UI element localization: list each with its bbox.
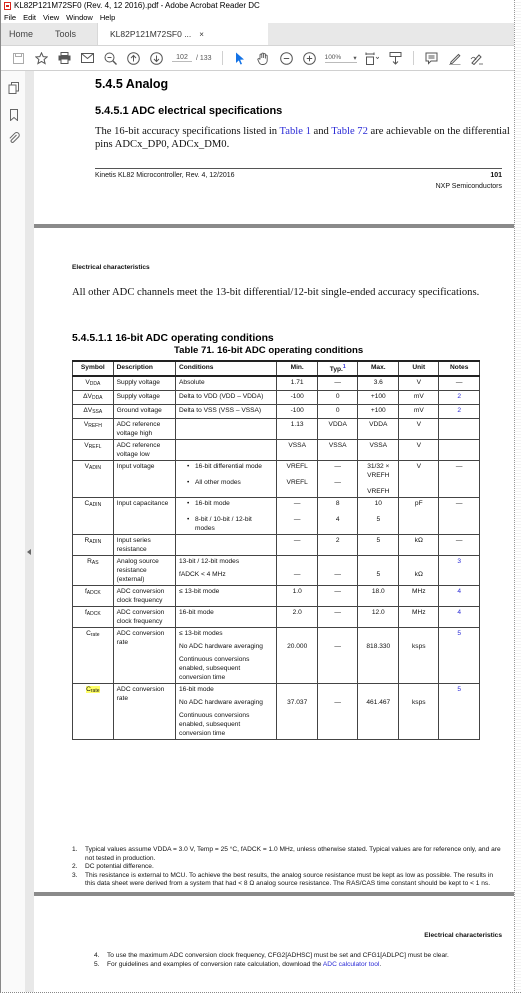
symbol: Crate	[86, 630, 99, 637]
cell-min: —	[277, 556, 318, 586]
hand-tool-button[interactable]	[252, 48, 275, 68]
cell-description: Ground voltage	[113, 405, 175, 419]
cell-typ-value: —	[321, 378, 354, 387]
cell-typ: —	[317, 586, 357, 607]
cell-symbol: VDDA	[73, 376, 114, 391]
cell-symbol: fADCK	[73, 607, 114, 628]
cell-max-value: VDDA	[361, 420, 395, 429]
table-row: RADINInput series resistance—25kΩ—	[73, 535, 480, 556]
symbol-subscript: AS	[92, 560, 99, 566]
page-101: 5.4.5 Analog 5.4.5.1 ADC electrical spec…	[34, 71, 515, 177]
cell-min-value: 1.13	[280, 420, 314, 429]
condition-line: ≤ 13-bit mode	[179, 587, 273, 596]
page-102: Electrical characteristics All other ADC…	[34, 228, 515, 958]
cell-typ: —	[317, 607, 357, 628]
cell-max: 5	[358, 556, 399, 586]
adc-calculator-tool-link[interactable]: ADC calculator tool	[323, 961, 379, 968]
cell-symbol: RADIN	[73, 535, 114, 556]
cell-min: 20.000	[277, 628, 318, 684]
attachments-paperclip-icon[interactable]	[8, 132, 20, 144]
plus-circle-icon	[303, 52, 316, 65]
cell-min-value: 2.0	[280, 608, 314, 617]
cell-typ: VDDA	[317, 419, 357, 440]
cell-notes: 4	[439, 586, 480, 607]
cell-description: ADC conversion clock frequency	[113, 607, 175, 628]
symbol-subscript: ADIN	[89, 502, 101, 508]
cell-description: Supply voltage	[113, 391, 175, 405]
select-tool-button[interactable]	[229, 48, 252, 68]
cell-unit: mV	[399, 405, 439, 419]
cell-typ-value: —	[321, 478, 354, 487]
symbol-subscript: REFH	[88, 423, 102, 429]
condition-line: Delta to VDD (VDD – VDDA)	[179, 392, 273, 401]
cell-typ-value: —	[321, 587, 354, 596]
cell-min-value: VREFL	[280, 462, 314, 471]
zoom-out-button[interactable]	[275, 48, 298, 68]
subsubsection-heading: 5.4.5.1.1 16-bit ADC operating condition…	[72, 333, 274, 344]
cell-max-value: 12.0	[361, 608, 395, 617]
zoom-in-button[interactable]	[298, 48, 321, 68]
footnote-text: DC potential difference.	[85, 863, 154, 870]
cell-min-value: —	[280, 499, 314, 508]
menu-view[interactable]: View	[43, 13, 59, 22]
cell-typ-value: 4	[321, 515, 354, 524]
cell-typ: —	[317, 376, 357, 391]
cell-min: 1.71	[277, 376, 318, 391]
cell-min: -100	[277, 405, 318, 419]
footnote-number: 1.	[72, 846, 85, 855]
cell-min-value: —	[280, 515, 314, 524]
symbol-subscript: rate	[91, 688, 100, 694]
torn-edge-right	[514, 0, 521, 999]
table-header-row: Symbol Description Conditions Min. Typ.1…	[73, 361, 480, 376]
cell-max-value: 818.330	[361, 642, 395, 651]
table-row: RASAnalog source resistance (external)13…	[73, 556, 480, 586]
cell-unit: V	[399, 419, 439, 440]
torn-edge-bottom	[0, 992, 521, 999]
cell-typ: —	[317, 684, 357, 740]
cell-max: 461.467	[358, 684, 399, 740]
cell-max: VDDA	[358, 419, 399, 440]
cell-min: 37.037	[277, 684, 318, 740]
cell-unit: MHz	[399, 607, 439, 628]
page-fit-button[interactable]	[361, 48, 384, 68]
cell-symbol: Crate	[73, 628, 114, 684]
cell-max-value: 3.6	[361, 378, 395, 387]
cell-typ-value: 0	[321, 392, 354, 401]
collapse-arrow-icon	[27, 549, 31, 555]
cell-unit: ksps	[399, 628, 439, 684]
table-row: VDDASupply voltageAbsolute1.71—3.6V—	[73, 376, 480, 391]
cell-min: -100	[277, 391, 318, 405]
cell-typ-value: —	[321, 462, 354, 471]
cell-typ-value: VDDA	[321, 420, 354, 429]
cell-typ-value: —	[321, 570, 354, 579]
cell-conditions: Absolute	[176, 376, 277, 391]
cell-typ-value: —	[321, 698, 354, 707]
cell-typ-value: VSSA	[321, 441, 354, 450]
cell-unit: V	[399, 461, 439, 498]
body-paragraph: All other ADC channels meet the 13-bit d…	[72, 286, 502, 299]
cell-notes: —	[439, 461, 480, 498]
pane-collapse-handle[interactable]	[25, 71, 34, 993]
comment-button[interactable]	[420, 48, 443, 68]
symbol: VREFL	[84, 442, 101, 449]
cell-notes: 2	[439, 391, 480, 405]
cell-description: ADC conversion clock frequency	[113, 586, 175, 607]
page-total: / 133	[196, 55, 212, 62]
cell-min-value: VREFL	[280, 478, 314, 487]
table-row: VREFHADC reference voltage high1.13VDDAV…	[73, 419, 480, 440]
cell-description: Supply voltage	[113, 376, 175, 391]
cell-max-value: +100	[361, 392, 395, 401]
note-link[interactable]: 3	[457, 558, 461, 565]
col-max: Max.	[358, 361, 399, 376]
symbol: fADCK	[85, 588, 101, 595]
cell-conditions: 13-bit / 12-bit modesfADCK < 4 MHz	[176, 556, 277, 586]
cell-max: 818.330	[358, 628, 399, 684]
table-row: CrateADC conversion rate≤ 13-bit modesNo…	[73, 628, 480, 684]
cell-max: 31/32 × VREFHVREFH	[358, 461, 399, 498]
menu-help[interactable]: Help	[100, 13, 115, 22]
section-heading: 5.4.5 Analog	[95, 77, 168, 91]
chevron-down-icon: ▾	[353, 54, 356, 62]
cell-description: Input voltage	[113, 461, 175, 498]
footnote-2: 2.DC potential difference.	[72, 863, 502, 872]
condition-line: 13-bit / 12-bit modes	[179, 557, 273, 566]
cell-min: —	[277, 535, 318, 556]
condition-line: No ADC hardware averaging	[179, 698, 273, 707]
symbol-subscript: ADIN	[89, 465, 101, 471]
cell-symbol: VREFL	[73, 440, 114, 461]
cell-notes: 4	[439, 607, 480, 628]
cell-unit: MHz	[399, 586, 439, 607]
toolbar: 102 / 133 100% ▾	[1, 46, 516, 71]
cell-max: 5	[358, 535, 399, 556]
symbol-subscript: SSA	[92, 409, 102, 415]
cell-max: 105	[358, 498, 399, 535]
table-row: ΔVDDASupply voltageDelta to VDD (VDD – V…	[73, 391, 480, 405]
cell-max-value: 31/32 × VREFH	[361, 462, 395, 480]
cell-notes: 3	[439, 556, 480, 586]
page-103: Electrical characteristics 4.To use the …	[34, 896, 515, 993]
cell-typ: 84	[317, 498, 357, 535]
table-caption: Table 71. 16-bit ADC operating condition…	[174, 345, 363, 356]
document-viewer[interactable]: 5.4.5 Analog 5.4.5.1 ADC electrical spec…	[34, 71, 515, 993]
envelope-icon	[81, 53, 94, 63]
email-button[interactable]	[76, 48, 99, 68]
menu-window[interactable]: Window	[66, 13, 93, 22]
cell-conditions: 16-bit differential modeAll other modes	[176, 461, 277, 498]
note-link[interactable]: 4	[457, 609, 461, 616]
cell-min: ——	[277, 498, 318, 535]
cell-typ-value: 2	[321, 536, 354, 545]
condition-line: Continuous conversions enabled, subseque…	[179, 711, 273, 738]
table-body: VDDASupply voltageAbsolute1.71—3.6V—ΔVDD…	[73, 376, 480, 740]
condition-bullet: 16-bit differential mode	[185, 462, 273, 471]
cell-unit: kΩ	[399, 535, 439, 556]
table-row: CrateADC conversion rate16-bit modeNo AD…	[73, 684, 480, 740]
table-row: ΔVSSAGround voltageDelta to VSS (VSS – V…	[73, 405, 480, 419]
tab-document[interactable]: KL82P121M72SF0 ... ×	[98, 23, 268, 45]
cell-typ: —	[317, 628, 357, 684]
condition-bullet: 8-bit / 10-bit / 12-bit modes	[185, 515, 273, 533]
col-notes: Notes	[439, 361, 480, 376]
cell-conditions: Delta to VSS (VSS – VSSA)	[176, 405, 277, 419]
cell-symbol: RAS	[73, 556, 114, 586]
menu-bar: File Edit View Window Help	[1, 11, 516, 23]
zoom-search-button[interactable]	[99, 48, 122, 68]
magnifier-minus-icon	[104, 52, 117, 65]
col-unit: Unit	[399, 361, 439, 376]
cell-min-value: VSSA	[280, 441, 314, 450]
condition-line: No ADC hardware averaging	[179, 642, 273, 651]
note-link[interactable]: 4	[457, 588, 461, 595]
pdf-app-icon	[4, 2, 11, 10]
condition-line: Delta to VSS (VSS – VSSA)	[179, 406, 273, 415]
condition-line: Absolute	[179, 378, 273, 387]
cell-description: Analog source resistance (external)	[113, 556, 175, 586]
symbol: ΔVDDA	[83, 393, 102, 400]
cell-symbol: fADCK	[73, 586, 114, 607]
table-row: fADCKADC conversion clock frequency≤ 13-…	[73, 586, 480, 607]
cell-unit: V	[399, 440, 439, 461]
condition-line: 16-bit mode	[179, 685, 273, 694]
cell-notes: 5	[439, 628, 480, 684]
cell-description: ADC reference voltage high	[113, 419, 175, 440]
cell-typ: ——	[317, 461, 357, 498]
col-typ: Typ.1	[317, 361, 357, 376]
footer-doc-title: Kinetis KL82 Microcontroller, Rev. 4, 12…	[95, 172, 235, 179]
cell-max-value: 18.0	[361, 587, 395, 596]
menu-file[interactable]: File	[4, 13, 16, 22]
symbol-subscript: ADCK	[87, 611, 101, 617]
cell-min-value: -100	[280, 406, 314, 415]
cell-typ-value: —	[321, 642, 354, 651]
footer-rule	[95, 168, 502, 169]
cell-min: VREFLVREFL	[277, 461, 318, 498]
cell-conditions: ≤ 13-bit modesNo ADC hardware averagingC…	[176, 628, 277, 684]
cell-typ-value: —	[321, 608, 354, 617]
cell-max-value: +100	[361, 406, 395, 415]
close-tab-icon[interactable]: ×	[199, 30, 204, 39]
cell-min-value: 20.000	[280, 642, 314, 651]
document-tab-label: KL82P121M72SF0 ...	[110, 29, 191, 39]
cell-min: 1.13	[277, 419, 318, 440]
subsection-heading: 5.4.5.1 ADC electrical specifications	[95, 105, 282, 117]
minus-circle-icon	[280, 52, 293, 65]
cell-max-value: VSSA	[361, 441, 395, 450]
cell-symbol: VREFH	[73, 419, 114, 440]
cell-symbol: CADIN	[73, 498, 114, 535]
symbol-subscript: ADIN	[89, 539, 101, 545]
page-navigator: 102 / 133	[172, 54, 212, 62]
symbol-subscript: DDA	[92, 395, 103, 401]
symbol: Crate	[86, 686, 99, 693]
footnote-3: 3.This resistance is external to MCU. To…	[72, 872, 502, 889]
scroll-down-icon	[389, 52, 402, 65]
cell-notes: —	[439, 535, 480, 556]
cell-max-value: 461.467	[361, 698, 395, 707]
cell-max-value: 5	[361, 515, 395, 524]
sign-button[interactable]	[466, 48, 489, 68]
symbol: VREFH	[84, 421, 102, 428]
cell-min: 2.0	[277, 607, 318, 628]
cell-max-value: 5	[361, 536, 395, 545]
scroll-mode-button[interactable]	[384, 48, 407, 68]
symbol-subscript: REFL	[89, 444, 102, 450]
symbol: RADIN	[84, 537, 101, 544]
window-title: KL82P121M72SF0 (Rev. 4, 12 2016).pdf - A…	[14, 1, 260, 10]
cell-min-value: 37.037	[280, 698, 314, 707]
bookmarks-icon[interactable]	[8, 109, 20, 121]
note-link[interactable]: 5	[457, 686, 461, 693]
cell-typ: 2	[317, 535, 357, 556]
cell-description: Input capacitance	[113, 498, 175, 535]
footer-page-number: 101	[490, 172, 502, 179]
cell-typ: VSSA	[317, 440, 357, 461]
footnote-number: 2.	[72, 863, 85, 872]
cell-typ: 0	[317, 405, 357, 419]
col-conditions: Conditions	[176, 361, 277, 376]
cell-typ: —	[317, 556, 357, 586]
cell-symbol: Crate	[73, 684, 114, 740]
symbol-subscript: DDA	[90, 381, 101, 387]
title-bar: KL82P121M72SF0 (Rev. 4, 12 2016).pdf - A…	[1, 0, 516, 11]
continued-footnotes: 4.To use the maximum ADC conversion cloc…	[94, 952, 514, 969]
footnote-1: 1.Typical values assume VDDA = 3.0 V, Te…	[72, 846, 502, 863]
symbol: VDDA	[85, 379, 100, 386]
symbol: fADCK	[85, 609, 101, 616]
cell-conditions	[176, 419, 277, 440]
note-link[interactable]: 2	[457, 393, 461, 400]
cell-notes	[439, 440, 480, 461]
page-thumbnails-icon[interactable]	[8, 82, 20, 94]
cell-description: ADC conversion rate	[113, 628, 175, 684]
cell-unit: pF	[399, 498, 439, 535]
cell-unit: kΩ	[399, 556, 439, 586]
tab-home[interactable]: Home	[1, 23, 47, 45]
cell-conditions	[176, 440, 277, 461]
footnote-5: 5.For guidelines and examples of convers…	[94, 961, 514, 970]
table-row: VADINInput voltage16-bit differential mo…	[73, 461, 480, 498]
cell-conditions	[176, 535, 277, 556]
cell-min-value: 1.0	[280, 587, 314, 596]
cell-typ-value: 8	[321, 499, 354, 508]
footnote-1-ref[interactable]: 1	[343, 364, 346, 370]
cell-symbol: VADIN	[73, 461, 114, 498]
cell-conditions: ≤ 13-bit mode	[176, 586, 277, 607]
condition-bullet: 16-bit mode	[185, 499, 273, 508]
tab-tools[interactable]: Tools	[47, 23, 98, 45]
cell-max-value: 5	[361, 570, 395, 579]
symbol: VADIN	[85, 463, 101, 470]
menu-edit[interactable]: Edit	[23, 13, 36, 22]
cell-max-value: 10	[361, 499, 395, 508]
cell-description: Input series resistance	[113, 535, 175, 556]
cell-max: 18.0	[358, 586, 399, 607]
print-button[interactable]	[53, 48, 76, 68]
cell-conditions: 16-bit mode	[176, 607, 277, 628]
condition-bullet: All other modes	[185, 478, 273, 487]
running-header: Electrical characteristics	[72, 264, 150, 271]
note-link[interactable]: 2	[457, 407, 461, 414]
cell-max: +100	[358, 405, 399, 419]
table-row: CADINInput capacitance16-bit mode8-bit /…	[73, 498, 480, 535]
cell-description: ADC reference voltage low	[113, 440, 175, 461]
col-description: Description	[113, 361, 175, 376]
zoom-level-dropdown[interactable]: 100% ▾	[325, 54, 357, 63]
next-page-button[interactable]	[145, 48, 168, 68]
symbol: ΔVSSA	[83, 407, 102, 414]
symbol-subscript: rate	[91, 632, 100, 638]
previous-page-button[interactable]	[122, 48, 145, 68]
cell-typ-value: 0	[321, 406, 354, 415]
footnote-text: This resistance is external to MCU. To a…	[85, 872, 493, 888]
toolbar-divider	[222, 51, 223, 65]
hand-icon	[257, 52, 270, 65]
fit-page-icon	[365, 52, 379, 65]
cell-min-value: -100	[280, 392, 314, 401]
arrow-down-circle-icon	[150, 52, 163, 65]
condition-line: Continuous conversions enabled, subseque…	[179, 655, 273, 682]
tab-bar: Home Tools KL82P121M72SF0 ... ×	[1, 23, 516, 46]
star-icon	[35, 52, 48, 65]
condition-line: ≤ 13-bit modes	[179, 629, 273, 638]
col-min: Min.	[277, 361, 318, 376]
cell-max: +100	[358, 391, 399, 405]
arrow-up-circle-icon	[127, 52, 140, 65]
cell-conditions: Delta to VDD (VDD – VDDA)	[176, 391, 277, 405]
table-72-link[interactable]: Table 72	[331, 126, 368, 137]
sign-pen-icon	[470, 52, 484, 65]
cursor-arrow-icon	[235, 52, 245, 65]
cell-min: VSSA	[277, 440, 318, 461]
page-number-input[interactable]: 102	[172, 54, 192, 62]
intro-paragraph: The 16-bit accuracy specifications liste…	[95, 125, 510, 151]
condition-line: 16-bit mode	[179, 608, 273, 617]
footnote-text: Typical values assume VDDA = 3.0 V, Temp…	[85, 846, 501, 862]
cell-min-value: —	[280, 536, 314, 545]
cell-unit: mV	[399, 391, 439, 405]
symbol-subscript: ADCK	[87, 590, 101, 596]
footnote-number: 3.	[72, 872, 85, 881]
cell-min: 1.0	[277, 586, 318, 607]
note-link[interactable]: 5	[457, 630, 461, 637]
highlight-button[interactable]	[443, 48, 466, 68]
cell-max: 3.6	[358, 376, 399, 391]
bookmark-star-button[interactable]	[30, 48, 53, 68]
table-1-link[interactable]: Table 1	[280, 126, 311, 137]
cell-unit: V	[399, 376, 439, 391]
printer-icon	[58, 52, 71, 64]
save-button[interactable]	[7, 48, 30, 68]
cell-symbol: ΔVSSA	[73, 405, 114, 419]
running-header: Electrical characteristics	[424, 932, 502, 939]
cell-notes: 2	[439, 405, 480, 419]
cell-description: ADC conversion rate	[113, 684, 175, 740]
comment-icon	[425, 52, 438, 65]
cell-symbol: ΔVDDA	[73, 391, 114, 405]
symbol: RAS	[87, 558, 98, 565]
symbol: CADIN	[84, 500, 101, 507]
col-symbol: Symbol	[73, 361, 114, 376]
toolbar-divider	[413, 51, 414, 65]
footer-company: NXP Semiconductors	[436, 183, 502, 190]
cell-min-value: 1.71	[280, 378, 314, 387]
cell-conditions: 16-bit modeNo ADC hardware averagingCont…	[176, 684, 277, 740]
save-icon	[13, 53, 24, 64]
